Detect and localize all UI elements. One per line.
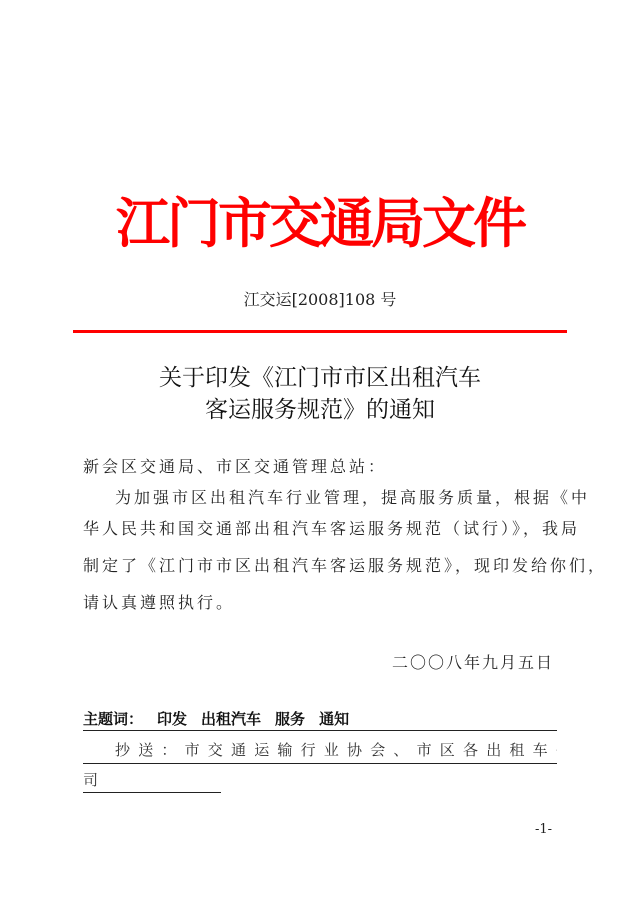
issue-date: 二〇〇八年九月五日 [392,651,554,675]
body-line-2: 华人民共和国交通部出租汽车客运服务规范（试行）》，我局 [83,517,563,541]
body-line-1: 为加强市区出租汽车行业管理，提高服务质量，根据《中 [115,486,595,510]
heading-line-1: 关于印发《江门市市区出租汽车 [0,362,640,394]
heading-line-2: 客运服务规范》的通知 [0,394,640,426]
subject-keyword: 出租汽车 [201,710,261,728]
document-number: 江交运[2008]108 号 [0,288,640,312]
document-page: 江门市交通局文件 江交运[2008]108 号 关于印发《江门市市区出租汽车 客… [0,0,640,905]
subject-label: 主题词： [83,710,143,728]
cc-line-1: 抄送：市交通运输行业协会、市区各出租车公 [83,739,557,764]
body-line-3: 制定了《江门市市区出租汽车客运服务规范》，现印发给你们， [83,554,563,578]
subject-keyword: 通知 [319,710,349,728]
subject-keyword: 服务 [275,710,305,728]
notice-heading: 关于印发《江门市市区出租汽车 客运服务规范》的通知 [0,362,640,426]
body-line-4: 请认真遵照执行。 [83,591,563,615]
cc-distribution: 抄送：市交通运输行业协会、市区各出租车公 司 [83,739,557,793]
red-separator-rule [73,330,567,333]
page-number: -1- [535,820,552,840]
subject-keywords: 主题词：印发出租汽车服务通知 [83,708,557,731]
subject-keyword: 印发 [157,710,187,728]
cc-line-2: 司 [83,768,221,793]
salutation: 新会区交通局、市区交通管理总站： [83,455,563,479]
issuer-red-header: 江门市交通局文件 [0,188,640,260]
